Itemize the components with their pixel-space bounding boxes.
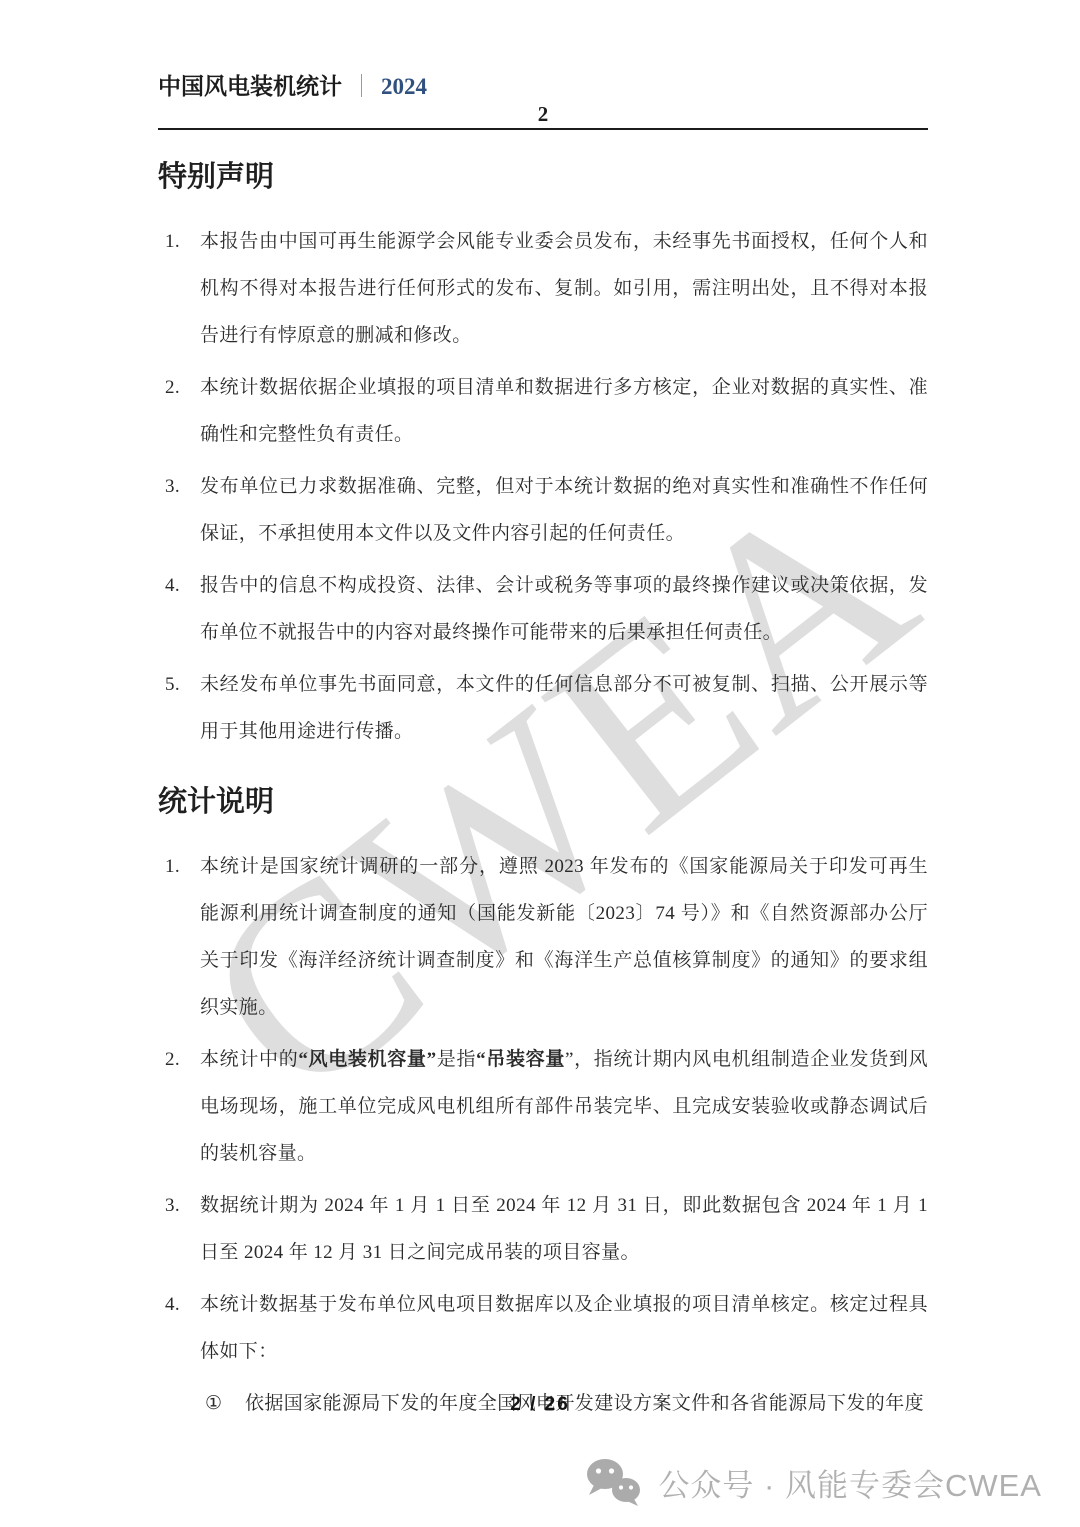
header-separator: ｜: [350, 72, 373, 102]
page-number-top: 2: [158, 102, 928, 126]
list-item: 1.本统计是国家统计调研的一部分，遵照 2023 年发布的《国家能源局关于印发可…: [158, 843, 928, 1031]
item-text-pre: 本统计中的: [200, 1049, 298, 1070]
list-item: 1.本报告由中国可再生能源学会风能专业委会员发布，未经事先书面授权，任何个人和机…: [158, 218, 928, 359]
item-number: 3.: [165, 463, 180, 510]
social-footer: 公众号 · 风能专委会CWEA: [584, 1458, 1042, 1506]
item-number: 3.: [165, 1182, 180, 1229]
notes-list: 1.本统计是国家统计调研的一部分，遵照 2023 年发布的《国家能源局关于印发可…: [158, 843, 928, 1427]
item-text: 本统计是国家统计调研的一部分，遵照 2023 年发布的《国家能源局关于印发可再生…: [200, 856, 928, 1018]
document-page: CWEA 中国风电装机统计 ｜ 2024 2 特别声明 1.本报告由中国可再生能…: [0, 0, 1080, 1527]
item-number: 4.: [165, 1281, 180, 1328]
item-number: 2.: [165, 364, 180, 411]
list-item: 3.数据统计期为 2024 年 1 月 1 日至 2024 年 12 月 31 …: [158, 1182, 928, 1276]
section-heading-statement: 特别声明: [158, 158, 928, 196]
item-text: 本统计数据依据企业填报的项目清单和数据进行多方核定，企业对数据的真实性、准确性和…: [200, 377, 928, 445]
item-text: 发布单位已力求数据准确、完整，但对于本统计数据的绝对真实性和准确性不作任何保证，…: [200, 476, 928, 544]
list-item: 4.本统计数据基于发布单位风电项目数据库以及企业填报的项目清单核定。核定过程具体…: [158, 1281, 928, 1375]
item-text: 数据统计期为 2024 年 1 月 1 日至 2024 年 12 月 31 日，…: [200, 1195, 928, 1263]
list-item: 2.本统计中的“风电装机容量”是指“吊装容量”，指统计期内风电机组制造企业发货到…: [158, 1036, 928, 1177]
page-number-bottom: 2 / 26: [0, 1394, 1080, 1416]
item-number: 4.: [165, 562, 180, 609]
list-item: 3.发布单位已力求数据准确、完整，但对于本统计数据的绝对真实性和准确性不作任何保…: [158, 463, 928, 557]
item-text: 本报告由中国可再生能源学会风能专业委会员发布，未经事先书面授权，任何个人和机构不…: [200, 231, 928, 346]
item-number: 2.: [165, 1036, 180, 1083]
page-header: 中国风电装机统计 ｜ 2024: [158, 72, 928, 102]
list-item: 2.本统计数据依据企业填报的项目清单和数据进行多方核定，企业对数据的真实性、准确…: [158, 364, 928, 458]
header-year: 2024: [381, 72, 427, 102]
item-number: 5.: [165, 661, 180, 708]
header-rule: [158, 128, 928, 130]
section-heading-notes: 统计说明: [158, 783, 928, 821]
item-text-bold-hoisting: “吊装容量: [476, 1049, 565, 1070]
item-text: 未经发布单位事先书面同意，本文件的任何信息部分不可被复制、扫描、公开展示等用于其…: [200, 674, 928, 742]
header-title: 中国风电装机统计: [158, 72, 342, 102]
social-label: 公众号 · 风能专委会CWEA: [658, 1460, 1042, 1505]
item-text-mid: 是指: [437, 1049, 477, 1070]
page-content: 中国风电装机统计 ｜ 2024 2 特别声明 1.本报告由中国可再生能源学会风能…: [0, 0, 1080, 1427]
item-text: 本统计数据基于发布单位风电项目数据库以及企业填报的项目清单核定。核定过程具体如下…: [200, 1294, 928, 1362]
item-text-bold-capacity: “风电装机容量”: [298, 1049, 436, 1070]
item-text: 报告中的信息不构成投资、法律、会计或税务等事项的最终操作建议或决策依据，发布单位…: [200, 575, 928, 643]
statement-list: 1.本报告由中国可再生能源学会风能专业委会员发布，未经事先书面授权，任何个人和机…: [158, 218, 928, 755]
item-number: 1.: [165, 843, 180, 890]
list-item: 4.报告中的信息不构成投资、法律、会计或税务等事项的最终操作建议或决策依据，发布…: [158, 562, 928, 656]
wechat-icon: [584, 1458, 642, 1506]
list-item: 5.未经发布单位事先书面同意，本文件的任何信息部分不可被复制、扫描、公开展示等用…: [158, 661, 928, 755]
item-number: 1.: [165, 218, 180, 265]
